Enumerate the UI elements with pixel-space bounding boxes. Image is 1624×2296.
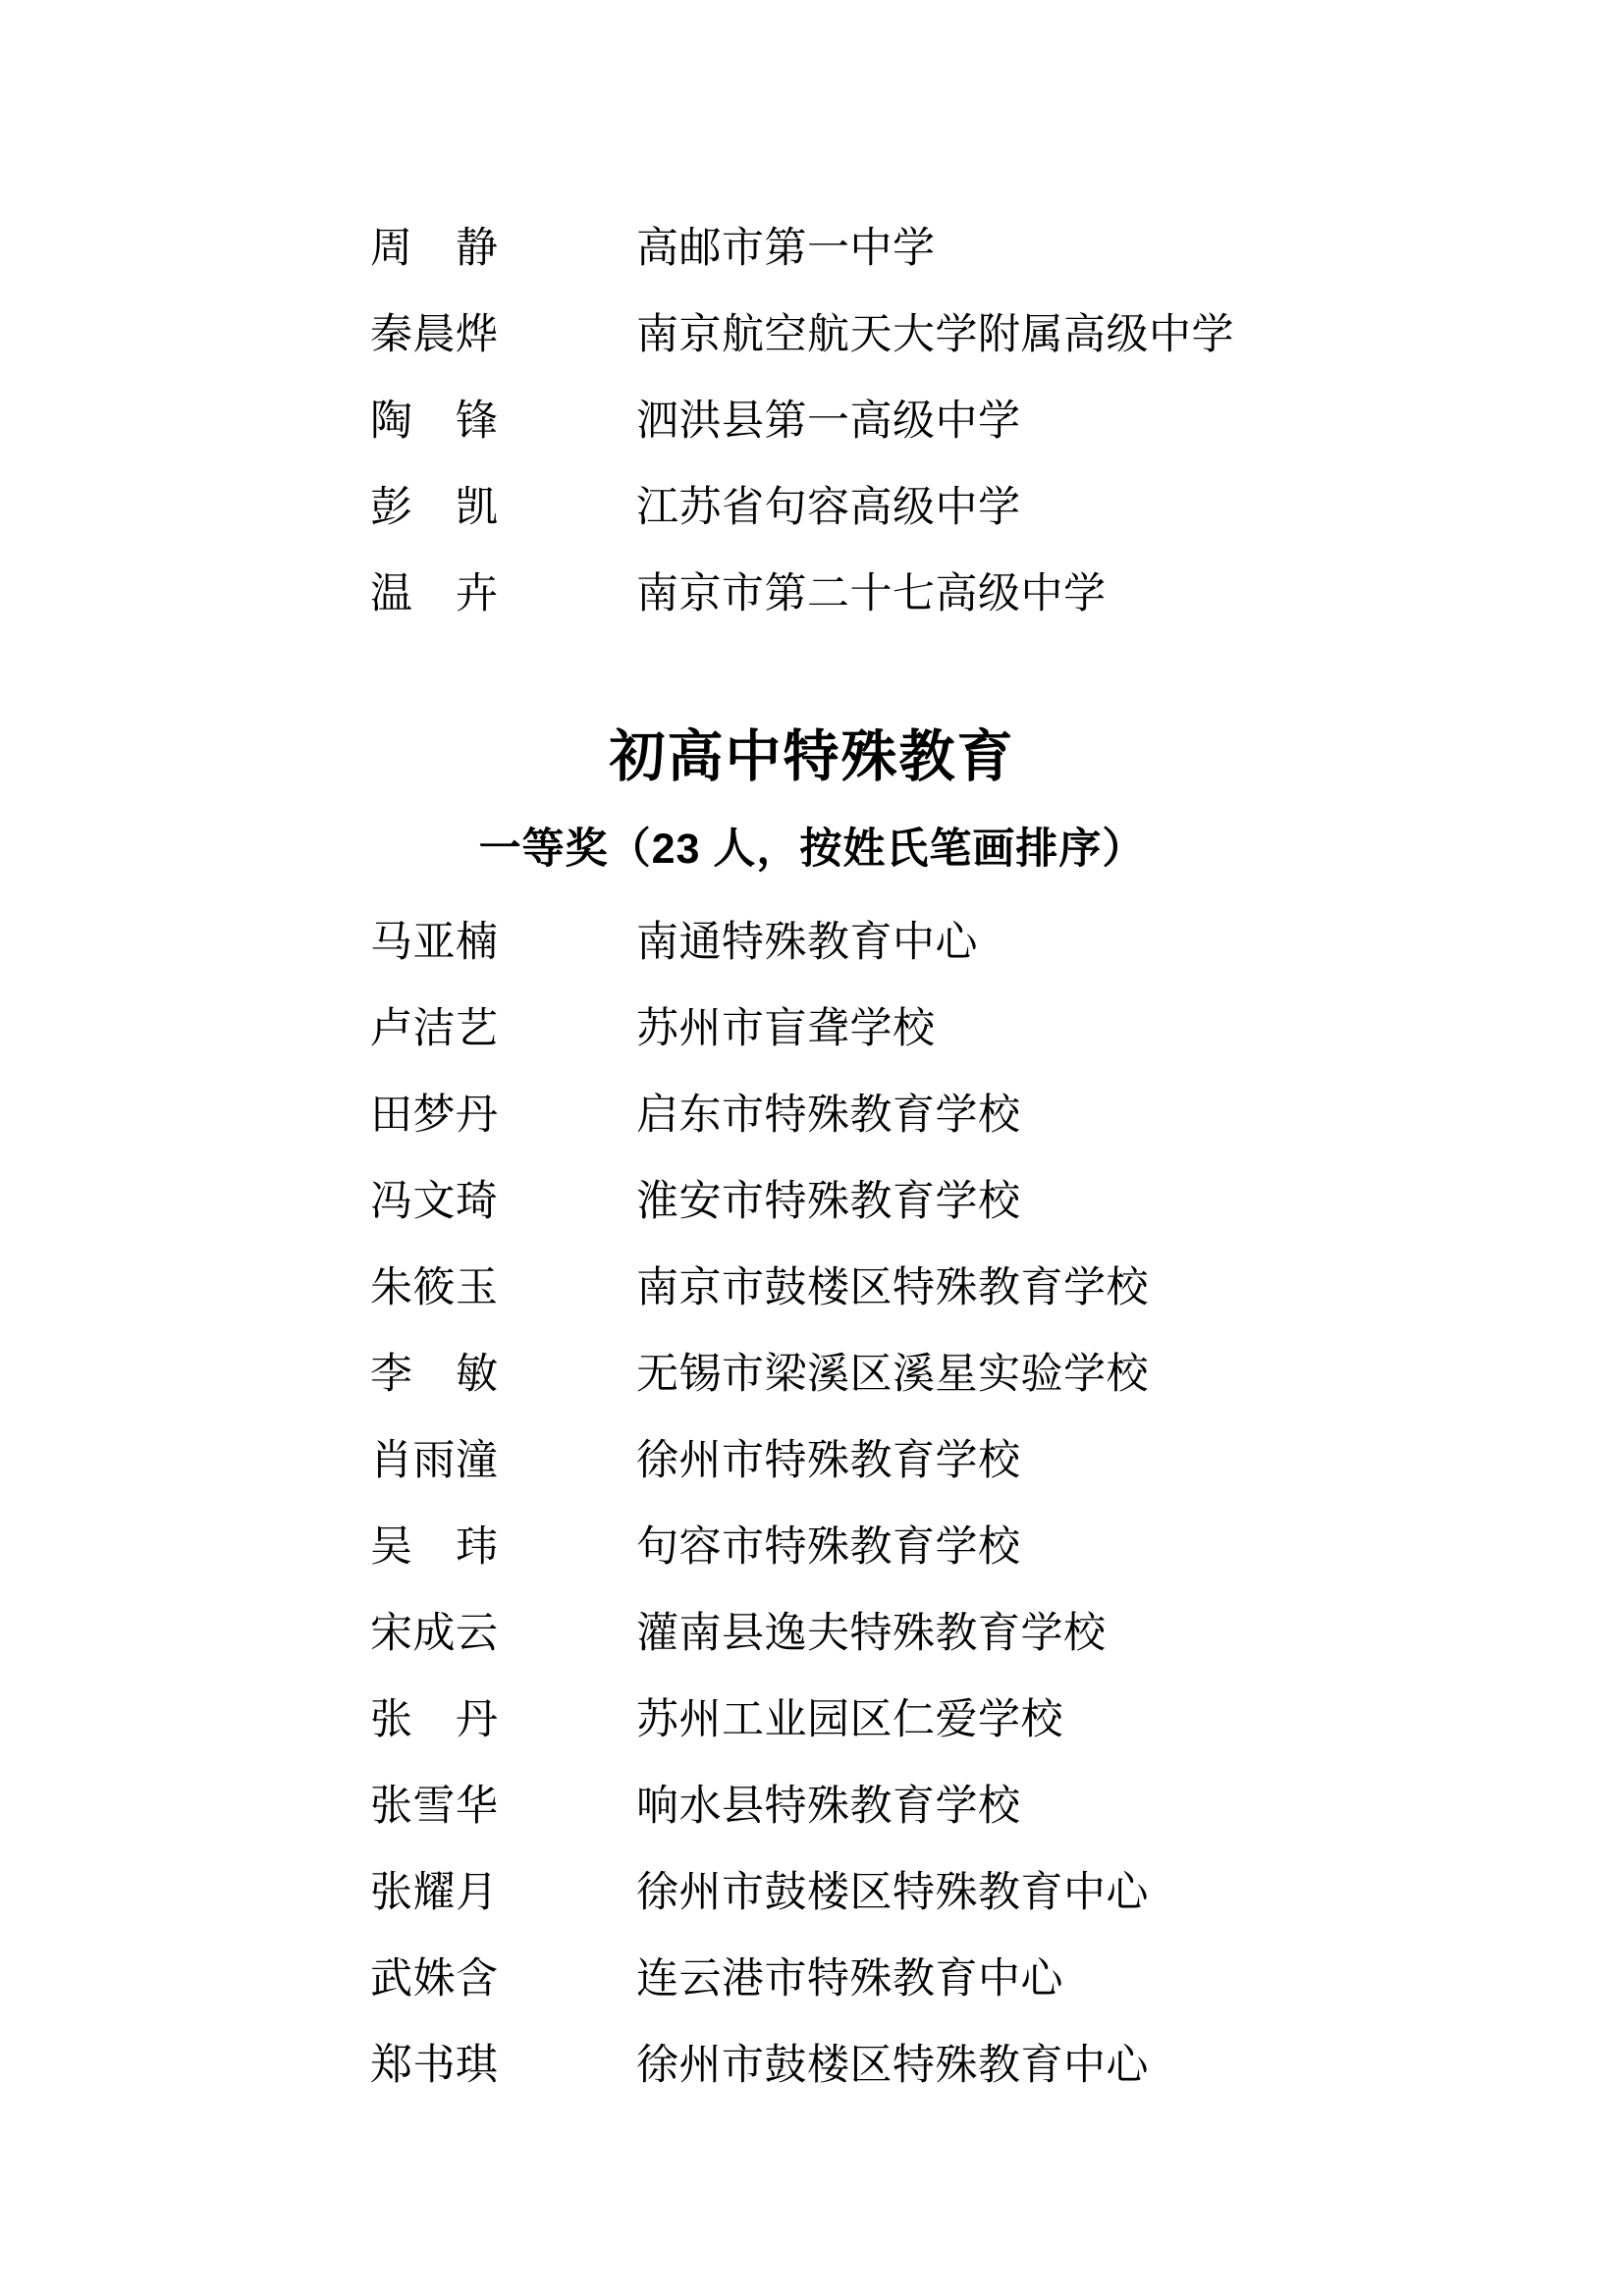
school-name: 徐州市鼓楼区特殊教育中心	[636, 2045, 1149, 2087]
school-name: 南京市鼓楼区特殊教育学校	[636, 1267, 1149, 1309]
awardee-name: 张丹	[370, 1699, 498, 1741]
awardee-name: 温卉	[370, 573, 498, 615]
awardee-name: 郑书琪	[370, 2045, 498, 2087]
school-name: 高邮市第一中学	[636, 228, 936, 270]
list-item: 肖雨潼 徐州市特殊教育学校	[0, 1417, 1624, 1504]
school-name: 句容市特殊教育学校	[636, 1526, 1021, 1569]
list-item: 张丹 苏州工业园区仁爱学校	[0, 1677, 1624, 1763]
awardee-name: 张雪华	[370, 1786, 498, 1828]
awardee-name: 冯文琦	[370, 1181, 498, 1223]
awardee-name: 陶锋	[370, 400, 498, 443]
school-name: 连云港市特殊教育中心	[636, 1958, 1063, 2001]
awardee-name: 田梦丹	[370, 1095, 498, 1137]
list-item: 武姝含 连云港市特殊教育中心	[0, 1936, 1624, 2022]
school-name: 江苏省句容高级中学	[636, 487, 1021, 529]
list-item: 张雪华 响水县特殊教育学校	[0, 1763, 1624, 1849]
list-item: 朱筱玉 南京市鼓楼区特殊教育学校	[0, 1245, 1624, 1331]
school-name: 苏州市盲聋学校	[636, 1008, 936, 1050]
list-item: 郑书琪 徐州市鼓楼区特殊教育中心	[0, 2022, 1624, 2109]
awardee-name: 彭凯	[370, 487, 498, 529]
list-item: 张耀月 徐州市鼓楼区特殊教育中心	[0, 1849, 1624, 1936]
school-name: 无锡市梁溪区溪星实验学校	[636, 1354, 1149, 1396]
list-item: 冯文琦 淮安市特殊教育学校	[0, 1158, 1624, 1245]
school-name: 响水县特殊教育学校	[636, 1786, 1021, 1828]
section-title: 初高中特殊教育	[0, 716, 1624, 798]
list-item: 宋成云 灌南县逸夫特殊教育学校	[0, 1590, 1624, 1677]
list-item: 秦晨烨 南京航空航天大学附属高级中学	[0, 292, 1624, 378]
school-name: 泗洪县第一高级中学	[636, 400, 1021, 443]
awardee-name: 吴玮	[370, 1526, 498, 1569]
school-name: 南京航空航天大学附属高级中学	[636, 314, 1234, 356]
list-item: 陶锋 泗洪县第一高级中学	[0, 378, 1624, 464]
awardee-name: 朱筱玉	[370, 1267, 498, 1309]
school-name: 南通特殊教育中心	[636, 922, 978, 964]
section-subtitle: 一等奖（23 人，按姓氏笔画排序）	[0, 818, 1624, 881]
school-name: 淮安市特殊教育学校	[636, 1181, 1021, 1223]
awardee-list-top: 周静 高邮市第一中学 秦晨烨 南京航空航天大学附属高级中学 陶锋 泗洪县第一高级…	[0, 205, 1624, 637]
list-item: 温卉 南京市第二十七高级中学	[0, 551, 1624, 637]
awardee-name: 卢洁艺	[370, 1008, 498, 1050]
list-item: 周静 高邮市第一中学	[0, 205, 1624, 292]
awardee-name: 张耀月	[370, 1872, 498, 1914]
document-page: 周静 高邮市第一中学 秦晨烨 南京航空航天大学附属高级中学 陶锋 泗洪县第一高级…	[0, 0, 1624, 2296]
awardee-name: 马亚楠	[370, 922, 498, 964]
list-item: 田梦丹 启东市特殊教育学校	[0, 1072, 1624, 1158]
awardee-name: 秦晨烨	[370, 314, 498, 356]
school-name: 南京市第二十七高级中学	[636, 573, 1107, 615]
school-name: 徐州市鼓楼区特殊教育中心	[636, 1872, 1149, 1914]
list-item: 李敏 无锡市梁溪区溪星实验学校	[0, 1331, 1624, 1417]
school-name: 徐州市特殊教育学校	[636, 1440, 1021, 1482]
awardee-name: 李敏	[370, 1354, 498, 1396]
awardee-name: 肖雨潼	[370, 1440, 498, 1482]
school-name: 启东市特殊教育学校	[636, 1095, 1021, 1137]
list-item: 马亚楠 南通特殊教育中心	[0, 899, 1624, 986]
school-name: 苏州工业园区仁爱学校	[636, 1699, 1063, 1741]
awardee-name: 周静	[370, 228, 498, 270]
school-name: 灌南县逸夫特殊教育学校	[636, 1613, 1107, 1655]
list-item: 吴玮 句容市特殊教育学校	[0, 1504, 1624, 1590]
awardee-name: 武姝含	[370, 1958, 498, 2001]
list-item: 彭凯 江苏省句容高级中学	[0, 464, 1624, 551]
awardee-name: 宋成云	[370, 1613, 498, 1655]
list-item: 卢洁艺 苏州市盲聋学校	[0, 986, 1624, 1072]
awardee-list-first-prize: 马亚楠 南通特殊教育中心 卢洁艺 苏州市盲聋学校 田梦丹 启东市特殊教育学校 冯…	[0, 899, 1624, 2109]
